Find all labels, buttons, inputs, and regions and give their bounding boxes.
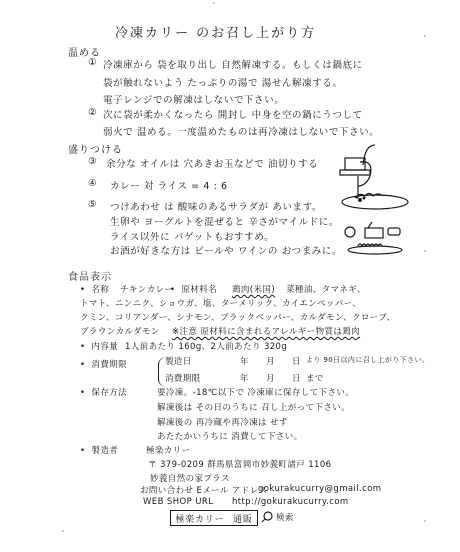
scan-speck	[424, 35, 426, 37]
maker-address: 〒 379-0209 群馬県富岡市妙義町諸戸 1106	[148, 458, 331, 470]
storage-line-1: 要冷凍。-18℃以下で 冷凍庫に保存して下さい。	[157, 386, 354, 398]
manufacture-month: 月	[266, 355, 275, 367]
ingredients-line-4: ブラウンカルダモン	[80, 325, 160, 337]
search-label: 検索	[276, 511, 294, 523]
step-4-num: ④	[88, 178, 97, 189]
email-value[interactable]: gokurakucurry@gmail.com	[258, 484, 382, 494]
storage-line-3: 解凍後の 再冷蔵や再冷凍は せず	[157, 416, 288, 428]
expiry-note: まで	[306, 372, 324, 384]
step-3-num: ③	[88, 156, 97, 167]
scan-speck	[424, 250, 426, 252]
manufacture-year: 年	[240, 355, 249, 367]
expiry-label: 消費期限	[80, 358, 127, 370]
magnifier-icon	[260, 510, 274, 524]
scan-speck	[424, 520, 426, 522]
shop-url[interactable]: http://gokurakucurry.com	[232, 497, 349, 507]
name-value: チキンカレー	[120, 283, 173, 295]
manufacture-date-label: 製造日	[165, 355, 192, 367]
search-term-1: 極楽カリー	[175, 512, 224, 525]
name-label: 名称	[80, 283, 109, 295]
ingredients-label: 原材料名	[170, 283, 217, 295]
curry-illustration-icon	[330, 140, 430, 260]
scan-speck	[213, 2, 215, 4]
expiry-day: 日	[292, 372, 301, 384]
step-1-num: ①	[88, 57, 97, 68]
step-5-line-4: お酒が好きな方は ビールや ワインの おつまみに。	[110, 243, 342, 257]
search-term-2: 通販	[233, 512, 253, 525]
step-1-line-2: 袋が触れないよう たっぷりの湯で 湯せん解凍する。	[103, 75, 343, 89]
step-2-num: ②	[88, 107, 97, 118]
storage-line-2: 解凍後は その日のうちに 召し上がって下さい。	[157, 401, 350, 413]
step-5-line-2: 生卵や ヨーグルトを混ぜると 辛さがマイルドに。	[110, 214, 339, 228]
ingredients-first: 鶏肉(米国)	[232, 283, 275, 295]
maker-name: 極楽カリー	[146, 444, 191, 456]
step-3-line-1: 余分な オイルは 穴あきお玉などで 油切りする	[106, 156, 318, 170]
email-label: お問い合わせ Eメール アドレス	[140, 484, 267, 496]
expiry-month: 月	[266, 372, 275, 384]
manufacture-day: 日	[292, 355, 301, 367]
food-label-heading: 食品表示	[68, 268, 112, 283]
step-5-line-3: ライス以外に バゲットもおすすめ。	[110, 229, 274, 243]
step-1-line-1: 冷凍庫から 袋を取り出し 自然解凍する。もしくは鍋底に	[103, 57, 363, 71]
search-box: 極楽カリー 通販	[170, 510, 258, 526]
step-1-line-3: 電子レンジでの解凍はしないで下さい。	[103, 92, 284, 106]
manufacture-note: より 90日以内に召し上がり下さい。	[306, 355, 429, 365]
content-label: 内容量	[80, 340, 118, 352]
content-value: 1人前あたり 160g、2人前あたり 320g	[125, 340, 287, 352]
step-5-num: ⑤	[88, 199, 97, 210]
shop-label: WEB SHOP URL	[143, 497, 213, 507]
maker-address-2: 妙義自然の家プラス	[150, 472, 230, 484]
ingredients-line-2: トマト、ニンニク、ショウガ、塩、ターメリック、カイエンペッパー、	[80, 297, 361, 309]
expiry-date-label: 消費期限	[165, 372, 201, 384]
expiry-year: 年	[240, 372, 249, 384]
step-4-line-1: カレー 対 ライス = 4 : 6	[110, 178, 228, 192]
allergy-note: ※注意 原材料に含まれるアレルギー物質は鶏肉	[172, 325, 360, 337]
step-2-line-2: 弱火で 温める。一度温めたものは再冷凍はしないで下さい。	[103, 124, 379, 138]
page-title: 冷凍カリー のお召し上がり方	[115, 22, 316, 41]
ingredients-line-1: 菜種油、タマネギ、	[286, 283, 366, 295]
storage-line-4: あたたかいうちに 消費して下さい。	[157, 430, 303, 442]
storage-label: 保存方法	[80, 386, 127, 398]
ingredients-line-3: クミン、コリアンダー、シナモン、ブラックペッパー、カルダモン、クローブ、	[80, 311, 395, 323]
recipe-sheet: 冷凍カリー のお召し上がり方 温める ① 冷凍庫から 袋を取り出し 自然解凍する…	[0, 0, 460, 552]
step-2-line-1: 次に袋が柔かくなったら 開封し 中身を空の鍋にうつして	[103, 107, 363, 121]
step-5-line-1: つけあわせ は 酸味のあるサラダが あいます。	[110, 199, 322, 213]
maker-label: 製造者	[80, 444, 118, 456]
serving-heading: 盛りつける	[68, 141, 123, 156]
scan-speck	[62, 530, 64, 532]
